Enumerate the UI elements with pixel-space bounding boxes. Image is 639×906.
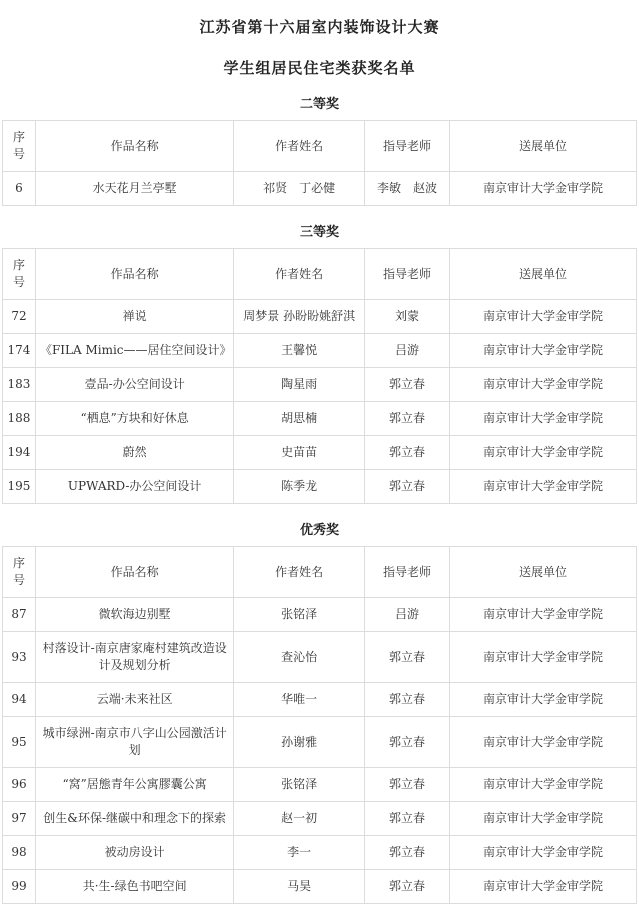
cell-organization: 南京审计大学金审学院 (449, 436, 636, 470)
cell-author: 胡思楠 (234, 402, 365, 436)
table-row: 99共·生-绿色书吧空间马昊郭立春南京审计大学金审学院 (3, 870, 637, 904)
table-row: 188“栖息”方块和好休息胡思楠郭立春南京审计大学金审学院 (3, 402, 637, 436)
column-header: 作者姓名 (234, 249, 365, 300)
cell-work-title: 蔚然 (35, 436, 233, 470)
cell-teacher: 郭立春 (364, 717, 449, 768)
column-header: 送展单位 (449, 121, 636, 172)
cell-teacher: 吕游 (364, 598, 449, 632)
cell-organization: 南京审计大学金审学院 (449, 402, 636, 436)
cell-organization: 南京审计大学金审学院 (449, 836, 636, 870)
table-row: 194蔚然史苗苗郭立春南京审计大学金审学院 (3, 436, 637, 470)
cell-author: 张铭泽 (234, 768, 365, 802)
cell-work-title: 《FILA Mimic——居住空间设计》 (35, 334, 233, 368)
table-row: 195UPWARD-办公空间设计陈季龙郭立春南京审计大学金审学院 (3, 470, 637, 504)
cell-organization: 南京审计大学金审学院 (449, 334, 636, 368)
cell-organization: 南京审计大学金审学院 (449, 300, 636, 334)
cell-author: 李一 (234, 836, 365, 870)
cell-author: 王馨悦 (234, 334, 365, 368)
cell-serial: 195 (3, 470, 36, 504)
cell-work-title: 创生&环保-继碳中和理念下的探索 (35, 802, 233, 836)
cell-serial: 6 (3, 172, 36, 206)
cell-serial: 94 (3, 683, 36, 717)
cell-author: 史苗苗 (234, 436, 365, 470)
cell-organization: 南京审计大学金审学院 (449, 598, 636, 632)
section-heading: 优秀奖 (2, 519, 637, 538)
column-header: 送展单位 (449, 547, 636, 598)
column-header: 作者姓名 (234, 121, 365, 172)
cell-work-title: 禅说 (35, 300, 233, 334)
cell-work-title: 城市绿洲-南京市八字山公园激活计划 (35, 717, 233, 768)
cell-serial: 72 (3, 300, 36, 334)
cell-author: 祁贤 丁必健 (234, 172, 365, 206)
cell-teacher: 刘蒙 (364, 300, 449, 334)
cell-organization: 南京审计大学金审学院 (449, 683, 636, 717)
cell-work-title: UPWARD-办公空间设计 (35, 470, 233, 504)
cell-serial: 87 (3, 598, 36, 632)
cell-work-title: 水天花月兰亭墅 (35, 172, 233, 206)
column-header: 序号 (3, 121, 36, 172)
cell-teacher: 郭立春 (364, 470, 449, 504)
column-header: 作者姓名 (234, 547, 365, 598)
cell-organization: 南京审计大学金审学院 (449, 632, 636, 683)
cell-serial: 183 (3, 368, 36, 402)
cell-work-title: 云端·未来社区 (35, 683, 233, 717)
column-header: 送展单位 (449, 249, 636, 300)
cell-teacher: 郭立春 (364, 768, 449, 802)
cell-teacher: 李敏 赵波 (364, 172, 449, 206)
cell-teacher: 郭立春 (364, 836, 449, 870)
cell-author: 赵一初 (234, 802, 365, 836)
cell-work-title: 壹品-办公空间设计 (35, 368, 233, 402)
document-title: 江苏省第十六届室内装饰设计大赛 (2, 16, 637, 37)
cell-teacher: 郭立春 (364, 368, 449, 402)
award-table: 序号作品名称作者姓名指导老师送展单位72禅说周梦景 孙盼盼姚舒淇刘蒙南京审计大学… (2, 248, 637, 504)
cell-organization: 南京审计大学金审学院 (449, 717, 636, 768)
cell-author: 陶星雨 (234, 368, 365, 402)
table-row: 72禅说周梦景 孙盼盼姚舒淇刘蒙南京审计大学金审学院 (3, 300, 637, 334)
table-row: 98被动房设计李一郭立春南京审计大学金审学院 (3, 836, 637, 870)
cell-author: 张铭泽 (234, 598, 365, 632)
cell-teacher: 郭立春 (364, 436, 449, 470)
table-row: 183壹品-办公空间设计陶星雨郭立春南京审计大学金审学院 (3, 368, 637, 402)
cell-teacher: 郭立春 (364, 870, 449, 904)
cell-serial: 99 (3, 870, 36, 904)
section-heading: 二等奖 (2, 93, 637, 112)
cell-serial: 96 (3, 768, 36, 802)
column-header: 序号 (3, 249, 36, 300)
document-page: 江苏省第十六届室内装饰设计大赛 学生组居民住宅类获奖名单 二等奖序号作品名称作者… (0, 0, 639, 906)
sections: 二等奖序号作品名称作者姓名指导老师送展单位6水天花月兰亭墅祁贤 丁必健李敏 赵波… (2, 93, 637, 904)
column-header: 作品名称 (35, 547, 233, 598)
cell-work-title: “窝”居態青年公寓膠囊公寓 (35, 768, 233, 802)
cell-teacher: 郭立春 (364, 802, 449, 836)
table-row: 87微软海边别墅张铭泽吕游南京审计大学金审学院 (3, 598, 637, 632)
table-row: 95城市绿洲-南京市八字山公园激活计划孙谢雅郭立春南京审计大学金审学院 (3, 717, 637, 768)
cell-teacher: 郭立春 (364, 632, 449, 683)
cell-work-title: 被动房设计 (35, 836, 233, 870)
cell-serial: 174 (3, 334, 36, 368)
table-row: 96“窝”居態青年公寓膠囊公寓张铭泽郭立春南京审计大学金审学院 (3, 768, 637, 802)
cell-organization: 南京审计大学金审学院 (449, 802, 636, 836)
cell-author: 周梦景 孙盼盼姚舒淇 (234, 300, 365, 334)
cell-serial: 188 (3, 402, 36, 436)
document-subtitle: 学生组居民住宅类获奖名单 (2, 57, 637, 78)
table-row: 174《FILA Mimic——居住空间设计》王馨悦吕游南京审计大学金审学院 (3, 334, 637, 368)
table-row: 94云端·未来社区华唯一郭立春南京审计大学金审学院 (3, 683, 637, 717)
cell-teacher: 吕游 (364, 334, 449, 368)
cell-organization: 南京审计大学金审学院 (449, 768, 636, 802)
award-table: 序号作品名称作者姓名指导老师送展单位87微软海边别墅张铭泽吕游南京审计大学金审学… (2, 546, 637, 904)
cell-serial: 194 (3, 436, 36, 470)
cell-author: 陈季龙 (234, 470, 365, 504)
cell-work-title: 微软海边别墅 (35, 598, 233, 632)
table-header-row: 序号作品名称作者姓名指导老师送展单位 (3, 547, 637, 598)
cell-teacher: 郭立春 (364, 402, 449, 436)
column-header: 指导老师 (364, 547, 449, 598)
table-header-row: 序号作品名称作者姓名指导老师送展单位 (3, 121, 637, 172)
column-header: 作品名称 (35, 121, 233, 172)
table-row: 97创生&环保-继碳中和理念下的探索赵一初郭立春南京审计大学金审学院 (3, 802, 637, 836)
cell-organization: 南京审计大学金审学院 (449, 172, 636, 206)
column-header: 序号 (3, 547, 36, 598)
table-row: 93村落设计-南京唐家庵村建筑改造设计及规划分析查沁怡郭立春南京审计大学金审学院 (3, 632, 637, 683)
cell-author: 华唯一 (234, 683, 365, 717)
cell-teacher: 郭立春 (364, 683, 449, 717)
column-header: 指导老师 (364, 121, 449, 172)
table-header-row: 序号作品名称作者姓名指导老师送展单位 (3, 249, 637, 300)
cell-organization: 南京审计大学金审学院 (449, 368, 636, 402)
column-header: 作品名称 (35, 249, 233, 300)
section-heading: 三等奖 (2, 221, 637, 240)
cell-author: 马昊 (234, 870, 365, 904)
cell-organization: 南京审计大学金审学院 (449, 470, 636, 504)
cell-work-title: 村落设计-南京唐家庵村建筑改造设计及规划分析 (35, 632, 233, 683)
cell-author: 查沁怡 (234, 632, 365, 683)
cell-serial: 98 (3, 836, 36, 870)
table-row: 6水天花月兰亭墅祁贤 丁必健李敏 赵波南京审计大学金审学院 (3, 172, 637, 206)
cell-serial: 97 (3, 802, 36, 836)
cell-work-title: 共·生-绿色书吧空间 (35, 870, 233, 904)
cell-organization: 南京审计大学金审学院 (449, 870, 636, 904)
cell-work-title: “栖息”方块和好休息 (35, 402, 233, 436)
cell-serial: 93 (3, 632, 36, 683)
award-table: 序号作品名称作者姓名指导老师送展单位6水天花月兰亭墅祁贤 丁必健李敏 赵波南京审… (2, 120, 637, 206)
cell-serial: 95 (3, 717, 36, 768)
column-header: 指导老师 (364, 249, 449, 300)
cell-author: 孙谢雅 (234, 717, 365, 768)
